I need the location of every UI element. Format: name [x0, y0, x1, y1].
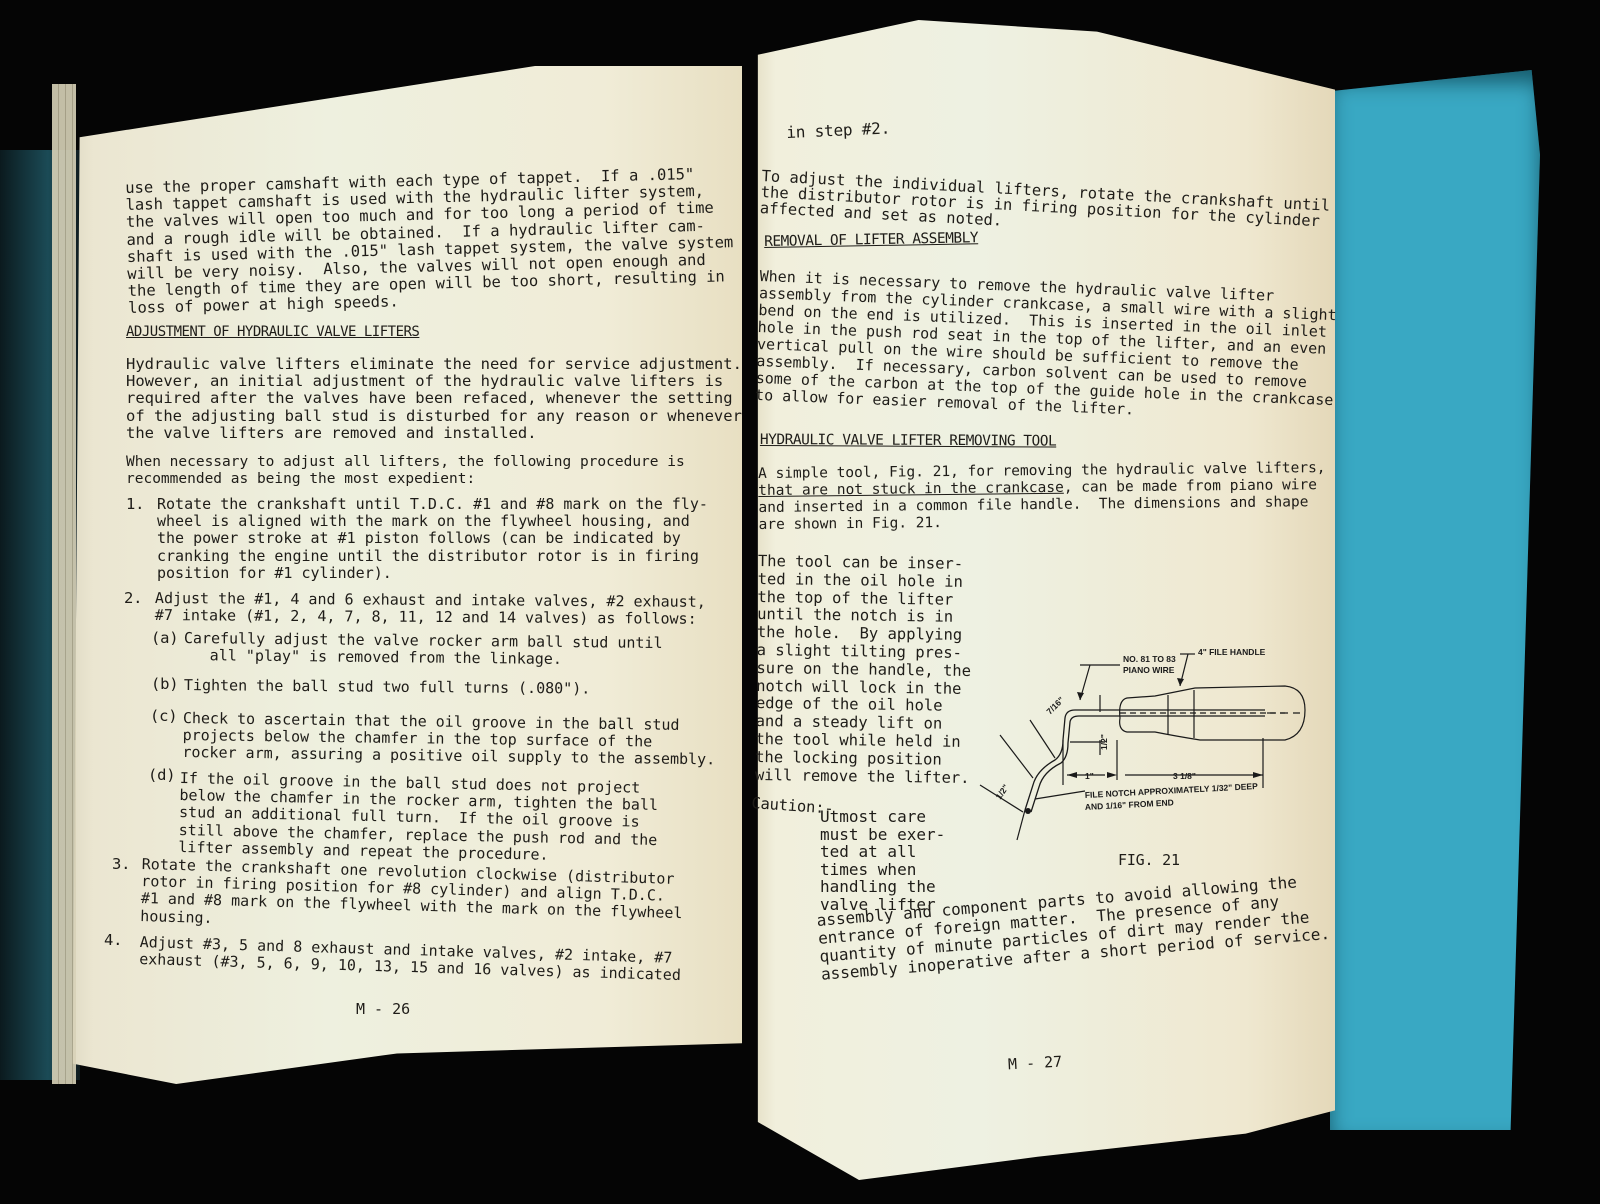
text-line: position for #1 cylinder). [157, 565, 708, 582]
heading-tool: HYDRAULIC VALVE LIFTER REMOVING TOOL [760, 432, 1056, 451]
text-line: required after the valves have been refa… [126, 390, 742, 407]
text-line: the power stroke at #1 piston follows (c… [157, 530, 708, 547]
substep-label: (d) [148, 767, 175, 784]
fig-label-1: 1" [1085, 771, 1094, 781]
step-1: Rotate the crankshaft until T.D.C. #1 an… [157, 496, 708, 582]
step-number: 4. [104, 932, 122, 949]
fig-21-diagram: NO. 81 TO 83 PIANO WIRE 4" FILE HANDLE 7… [955, 640, 1295, 820]
text-line: However, an initial adjustment of the hy… [126, 373, 742, 390]
text-line: times when [820, 861, 945, 879]
fig-label-half-vertical: 1/2" [1099, 734, 1109, 750]
text-line: When necessary to adjust all lifters, th… [126, 454, 685, 471]
text-line: the valve lifters are removed and instal… [126, 425, 742, 442]
text-line: wheel is aligned with the mark on the fl… [157, 513, 708, 530]
tool-paragraph: A simple tool, Fig. 21, for removing the… [758, 460, 1326, 534]
heading-adjustment: ADJUSTMENT OF HYDRAULIC VALVE LIFTERS [126, 324, 419, 341]
fig-label-wire: NO. 81 TO 83 [1123, 654, 1176, 664]
text-line: will remove the lifter. [755, 767, 970, 788]
text-line: must be exer- [820, 826, 945, 844]
text-line: handling the [820, 878, 945, 896]
insert-paragraph: The tool can be inser- ted in the oil ho… [755, 553, 973, 787]
procedure-intro: When necessary to adjust all lifters, th… [126, 454, 685, 488]
fig-label-wire-2: PIANO WIRE [1123, 665, 1175, 675]
caution-lines: Utmost care must be exer- ted at all tim… [820, 808, 945, 913]
substep-b: Tighten the ball stud two full turns (.0… [184, 677, 591, 698]
step-number: 2. [124, 590, 142, 607]
fig-label-notch-2: AND 1/16" FROM END [1085, 797, 1174, 812]
text-line: cranking the engine until the distributo… [157, 548, 708, 565]
adjustment-paragraph: Hydraulic valve lifters eliminate the ne… [126, 356, 742, 442]
fig-label-3-1-8: 3 1/8" [1173, 771, 1196, 781]
text-line: of the adjusting ball stud is disturbed … [126, 408, 742, 425]
step-2: Adjust the #1, 4 and 6 exhaust and intak… [155, 590, 706, 628]
text-line: recommended as being the most expedient: [126, 471, 685, 488]
removal-paragraph: When it is necessary to remove the hydra… [755, 268, 1338, 426]
page-number-right: M - 27 [1008, 1053, 1063, 1074]
step-number: 1. [126, 496, 144, 513]
fig-label-half-angled: 1/2" [993, 782, 1010, 801]
text-line: Utmost care [820, 808, 945, 826]
continuation-text: in step #2. [786, 119, 890, 141]
figure-caption: FIG. 21 [1118, 852, 1180, 869]
fig-label-7-16: 7/16" [1044, 695, 1066, 717]
fig-label-handle: 4" FILE HANDLE [1198, 647, 1266, 657]
text-line: Hydraulic valve lifters eliminate the ne… [126, 356, 742, 373]
substep-label: (a) [151, 630, 178, 647]
substep-c: Check to ascertain that the oil groove i… [182, 710, 715, 769]
text-fragment: , can be made from piano wire [1064, 477, 1317, 496]
text-line: Tighten the ball stud two full turns (.0… [184, 677, 591, 698]
page-number-left: M - 26 [356, 1000, 410, 1018]
intro-paragraph: use the proper camshaft with each type o… [125, 165, 735, 317]
substep-label: (c) [150, 708, 177, 725]
page-edges [52, 84, 76, 1084]
text-line: Rotate the crankshaft until T.D.C. #1 an… [157, 496, 708, 513]
substep-label: (b) [151, 676, 178, 693]
text-line: ted at all [820, 843, 945, 861]
substep-a: Carefully adjust the valve rocker arm ba… [184, 630, 663, 669]
underlined-text: that are not stuck in the crankcase [758, 480, 1064, 499]
step-number: 3. [112, 856, 130, 873]
substep-d: If the oil groove in the ball stud does … [178, 770, 658, 866]
book-cover-right [1330, 70, 1540, 1130]
